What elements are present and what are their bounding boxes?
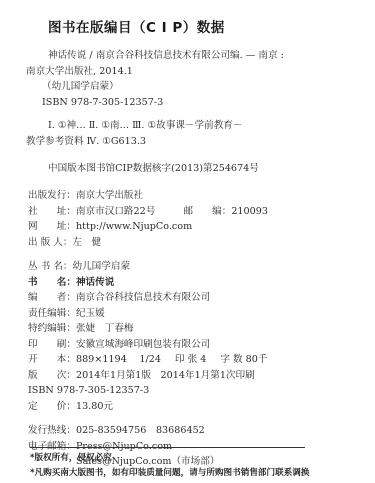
- email-link[interactable]: Press@NjupCo.com: [76, 441, 172, 452]
- value: 025-83594756 83686452: [76, 425, 205, 436]
- special-editor-row: 特约编辑：张婕 丁春梅: [28, 321, 268, 337]
- divider: [30, 447, 305, 448]
- value: 神话传说: [76, 277, 114, 288]
- value: 210093: [231, 206, 268, 217]
- value: 左 健: [72, 237, 101, 248]
- value: 2014年1月第1版 2014年1月第1次印刷: [76, 370, 255, 381]
- printer-row: 印 刷：安徽宣城海峰印刷包装有限公司: [28, 337, 268, 353]
- value: 889×1194 1/24: [76, 354, 161, 365]
- label: 出版发行：: [28, 190, 76, 201]
- note-return-policy: *凡购买南大版图书，如有印装质量问题，请与所购图书销售部门联系调换: [30, 466, 310, 481]
- format-row: 开 本：889×1194 1/24印 张 4字 数 80千: [28, 352, 268, 368]
- editor-row: 编 者：南京合谷科技信息技术有限公司: [28, 290, 268, 306]
- label: 书 名：: [28, 277, 76, 288]
- isbn-row: ISBN 978-7-305-12357-3: [28, 383, 268, 399]
- spacer: [26, 110, 284, 118]
- address-row: 社 址：南京市汉口路22号邮 编：210093: [28, 204, 268, 220]
- value: 幼儿国学启蒙: [72, 261, 130, 272]
- value: 南京合谷科技信息技术有限公司: [76, 292, 210, 303]
- hotline-row: 发行热线：025-83594756 83686452: [28, 423, 268, 439]
- label: 社 址：: [28, 206, 76, 217]
- cip-line-6: 教学参考资料 Ⅳ. ①G613.3: [26, 134, 284, 150]
- value: 南京市汉口路22号: [76, 206, 155, 217]
- website-row: 网 址：http://www.NjupCo.com: [28, 219, 268, 235]
- value: 4: [200, 354, 206, 365]
- spacer: [28, 250, 268, 259]
- label: 印 刷：: [28, 339, 76, 350]
- label: 出 版 人：: [28, 237, 72, 248]
- price-row: 定 价：13.80元: [28, 399, 268, 415]
- publication-info: 出版发行：南京大学出版社 社 址：南京市汉口路22号邮 编：210093 网 址…: [28, 188, 268, 470]
- cip-line-3: （幼儿国学启蒙）: [26, 79, 284, 95]
- cip-line-2: 南京大学出版社, 2014.1: [26, 64, 284, 80]
- cip-line-1: 神话传说 / 南京合谷科技信息技术有限公司编. — 南京 :: [26, 48, 284, 64]
- page-title: 图书在版编目（C I P）数据: [48, 16, 225, 36]
- book-name-row: 书 名：神话传说: [28, 275, 268, 291]
- value: 80千: [246, 354, 268, 365]
- label: 编 者：: [28, 292, 76, 303]
- label: 定 价：: [28, 401, 76, 412]
- value: 南京大学出版社: [76, 190, 143, 201]
- value: 安徽宣城海峰印刷包装有限公司: [76, 339, 210, 350]
- label: 发行热线：: [28, 425, 76, 436]
- series-row: 丛 书 名：幼儿国学启蒙: [28, 259, 268, 275]
- label: 电子邮箱：: [28, 441, 76, 452]
- label: 印 张: [175, 354, 197, 365]
- cip-block: 神话传说 / 南京合谷科技信息技术有限公司编. — 南京 : 南京大学出版社, …: [26, 48, 284, 149]
- label: 邮 编：: [183, 206, 231, 217]
- label: 字 数: [220, 354, 242, 365]
- value: 13.80元: [76, 401, 113, 412]
- label: 丛 书 名：: [28, 261, 72, 272]
- value: 纪玉媛: [76, 308, 105, 319]
- notes: *版权所有，侵权必究 *凡购买南大版图书，如有印装质量问题，请与所购图书销售部门…: [30, 451, 310, 481]
- spacer: [28, 414, 268, 423]
- resp-editor-row: 责任编辑：纪玉媛: [28, 306, 268, 322]
- cip-line-5: Ⅰ. ①神… Ⅱ. ①南… Ⅲ. ①故事课－学前教育－: [26, 118, 284, 134]
- edition-row: 版 次：2014年1月第1版 2014年1月第1次印刷: [28, 368, 268, 384]
- label: 责任编辑：: [28, 308, 76, 319]
- cip-core-number: 中国版本图书馆CIP数据核字(2013)第254674号: [48, 160, 259, 174]
- label: 网 址：: [28, 221, 76, 232]
- value: 张婕 丁春梅: [76, 323, 134, 334]
- cip-line-4: ISBN 978-7-305-12357-3: [26, 95, 284, 111]
- website-link[interactable]: http://www.NjupCo.com: [76, 221, 192, 232]
- publisher-row: 出版发行：南京大学出版社: [28, 188, 268, 204]
- issuer-row: 出 版 人：左 健: [28, 235, 268, 251]
- note-copyright: *版权所有，侵权必究: [30, 451, 310, 466]
- label: 版 次：: [28, 370, 76, 381]
- label: 开 本：: [28, 354, 76, 365]
- label: 特约编辑：: [28, 323, 76, 334]
